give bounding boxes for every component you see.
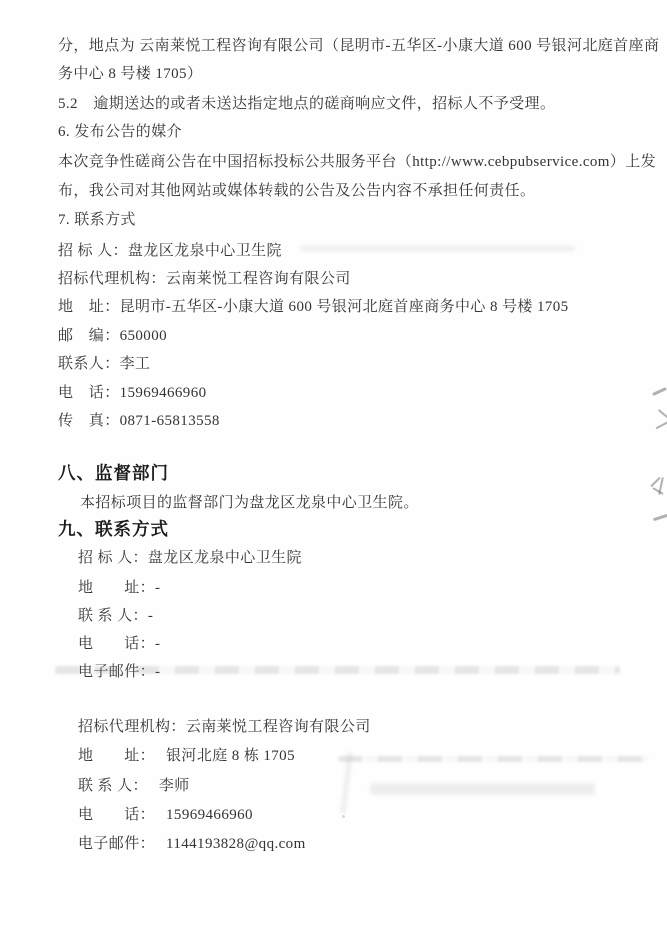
field-value: 盘龙区龙泉中心卫生院 bbox=[148, 550, 302, 566]
field-value: 昆明市-五华区-小康大道 600 号银河北庭首座商务中心 8 号楼 1705 bbox=[120, 299, 569, 315]
contact-row-agency-name: 招标代理机构：云南莱悦工程咨询有限公司 bbox=[58, 269, 351, 289]
document-page: 分，地点为 云南莱悦工程咨询有限公司（昆明市-五华区-小康大道 600 号银河北… bbox=[0, 0, 667, 945]
scan-artifact bbox=[342, 815, 345, 818]
contact-row-phone: 电 话：15969466960 bbox=[58, 383, 207, 403]
section-9-heading: 九、联系方式 bbox=[58, 519, 169, 539]
field-label: 地 址： bbox=[78, 580, 155, 596]
field-label: 招标代理机构： bbox=[78, 719, 186, 735]
scan-artifact bbox=[338, 756, 648, 762]
contact-row-person: 联系人：李工 bbox=[58, 354, 150, 374]
field-label: 地 址： bbox=[58, 299, 120, 315]
paragraph-line: 务中心 8 号楼 1705） bbox=[58, 64, 202, 84]
field-label: 电子邮件： bbox=[78, 836, 155, 852]
field-label: 联 系 人： bbox=[78, 608, 148, 624]
scan-artifact bbox=[653, 514, 667, 521]
scan-artifact bbox=[658, 409, 667, 419]
field-value: 李工 bbox=[120, 356, 151, 372]
scan-artifact bbox=[370, 783, 595, 795]
section-6-heading: 6. 发布公告的媒介 bbox=[58, 122, 182, 142]
section-7-heading: 7. 联系方式 bbox=[58, 210, 136, 230]
field-value: 云南莱悦工程咨询有限公司 bbox=[186, 719, 371, 735]
field-value: 1144193828@qq.com bbox=[166, 836, 306, 852]
field-label: 联 系 人： bbox=[78, 778, 148, 794]
scan-artifact bbox=[652, 387, 667, 396]
scan-artifact bbox=[55, 666, 620, 674]
section-6-body-line: 布，我公司对其他网站或媒体转载的公告及公告内容不承担任何责任。 bbox=[58, 181, 535, 201]
section-6-body-line: 本次竞争性磋商公告在中国招标投标公共服务平台（http://www.cebpub… bbox=[58, 152, 656, 172]
field-label: 招标代理机构： bbox=[58, 271, 166, 287]
field-label: 地 址： bbox=[78, 748, 155, 764]
contact-row-address: 地 址：- bbox=[78, 578, 160, 598]
field-value: 李师 bbox=[159, 778, 190, 794]
field-label: 电 话： bbox=[58, 385, 120, 401]
contact-row-phone: 电 话：15969466960 bbox=[78, 805, 253, 825]
contact-row-fax: 传 真：0871-65813558 bbox=[58, 411, 220, 431]
field-label: 传 真： bbox=[58, 413, 120, 429]
scan-artifact bbox=[655, 421, 667, 430]
field-value: 盘龙区龙泉中心卫生院 bbox=[128, 243, 282, 259]
field-value: 650000 bbox=[120, 328, 167, 344]
contact-row-email: 电子邮件：1144193828@qq.com bbox=[78, 834, 306, 854]
field-value: 15969466960 bbox=[166, 807, 253, 823]
field-label: 电 话： bbox=[78, 807, 155, 823]
section-8-heading: 八、监督部门 bbox=[58, 463, 169, 483]
field-value: 15969466960 bbox=[120, 385, 207, 401]
field-label: 联系人： bbox=[58, 356, 120, 372]
field-label: 电 话： bbox=[78, 636, 155, 652]
contact-row-agency-name: 招标代理机构：云南莱悦工程咨询有限公司 bbox=[78, 717, 371, 737]
field-value: - bbox=[148, 608, 153, 624]
contact-row-address: 地 址：昆明市-五华区-小康大道 600 号银河北庭首座商务中心 8 号楼 17… bbox=[58, 297, 569, 317]
scan-artifact bbox=[300, 246, 575, 251]
contact-row-address: 地 址：银河北庭 8 栋 1705 bbox=[78, 746, 295, 766]
field-label: 招 标 人： bbox=[58, 243, 128, 259]
contact-row-postcode: 邮 编：650000 bbox=[58, 326, 167, 346]
contact-row-phone: 电 话：- bbox=[78, 634, 160, 654]
field-value: 0871-65813558 bbox=[120, 413, 220, 429]
paragraph-line: 分，地点为 云南莱悦工程咨询有限公司（昆明市-五华区-小康大道 600 号银河北… bbox=[58, 36, 659, 56]
section-8-body: 本招标项目的监督部门为盘龙区龙泉中心卫生院。 bbox=[80, 493, 419, 513]
contact-row-tenderer: 招 标 人：盘龙区龙泉中心卫生院 bbox=[78, 548, 302, 568]
contact-row-tenderer: 招 标 人：盘龙区龙泉中心卫生院 bbox=[58, 241, 282, 261]
field-label: 招 标 人： bbox=[78, 550, 148, 566]
clause-5-2: 5.2 逾期送达的或者未送达指定地点的磋商响应文件，招标人不予受理。 bbox=[58, 94, 555, 114]
field-value: 银河北庭 8 栋 1705 bbox=[166, 748, 295, 764]
contact-row-person: 联 系 人：李师 bbox=[78, 776, 190, 796]
field-label: 邮 编： bbox=[58, 328, 120, 344]
field-value: - bbox=[155, 636, 160, 652]
contact-row-person: 联 系 人：- bbox=[78, 606, 153, 626]
field-value: 云南莱悦工程咨询有限公司 bbox=[166, 271, 351, 287]
field-value: - bbox=[155, 580, 160, 596]
